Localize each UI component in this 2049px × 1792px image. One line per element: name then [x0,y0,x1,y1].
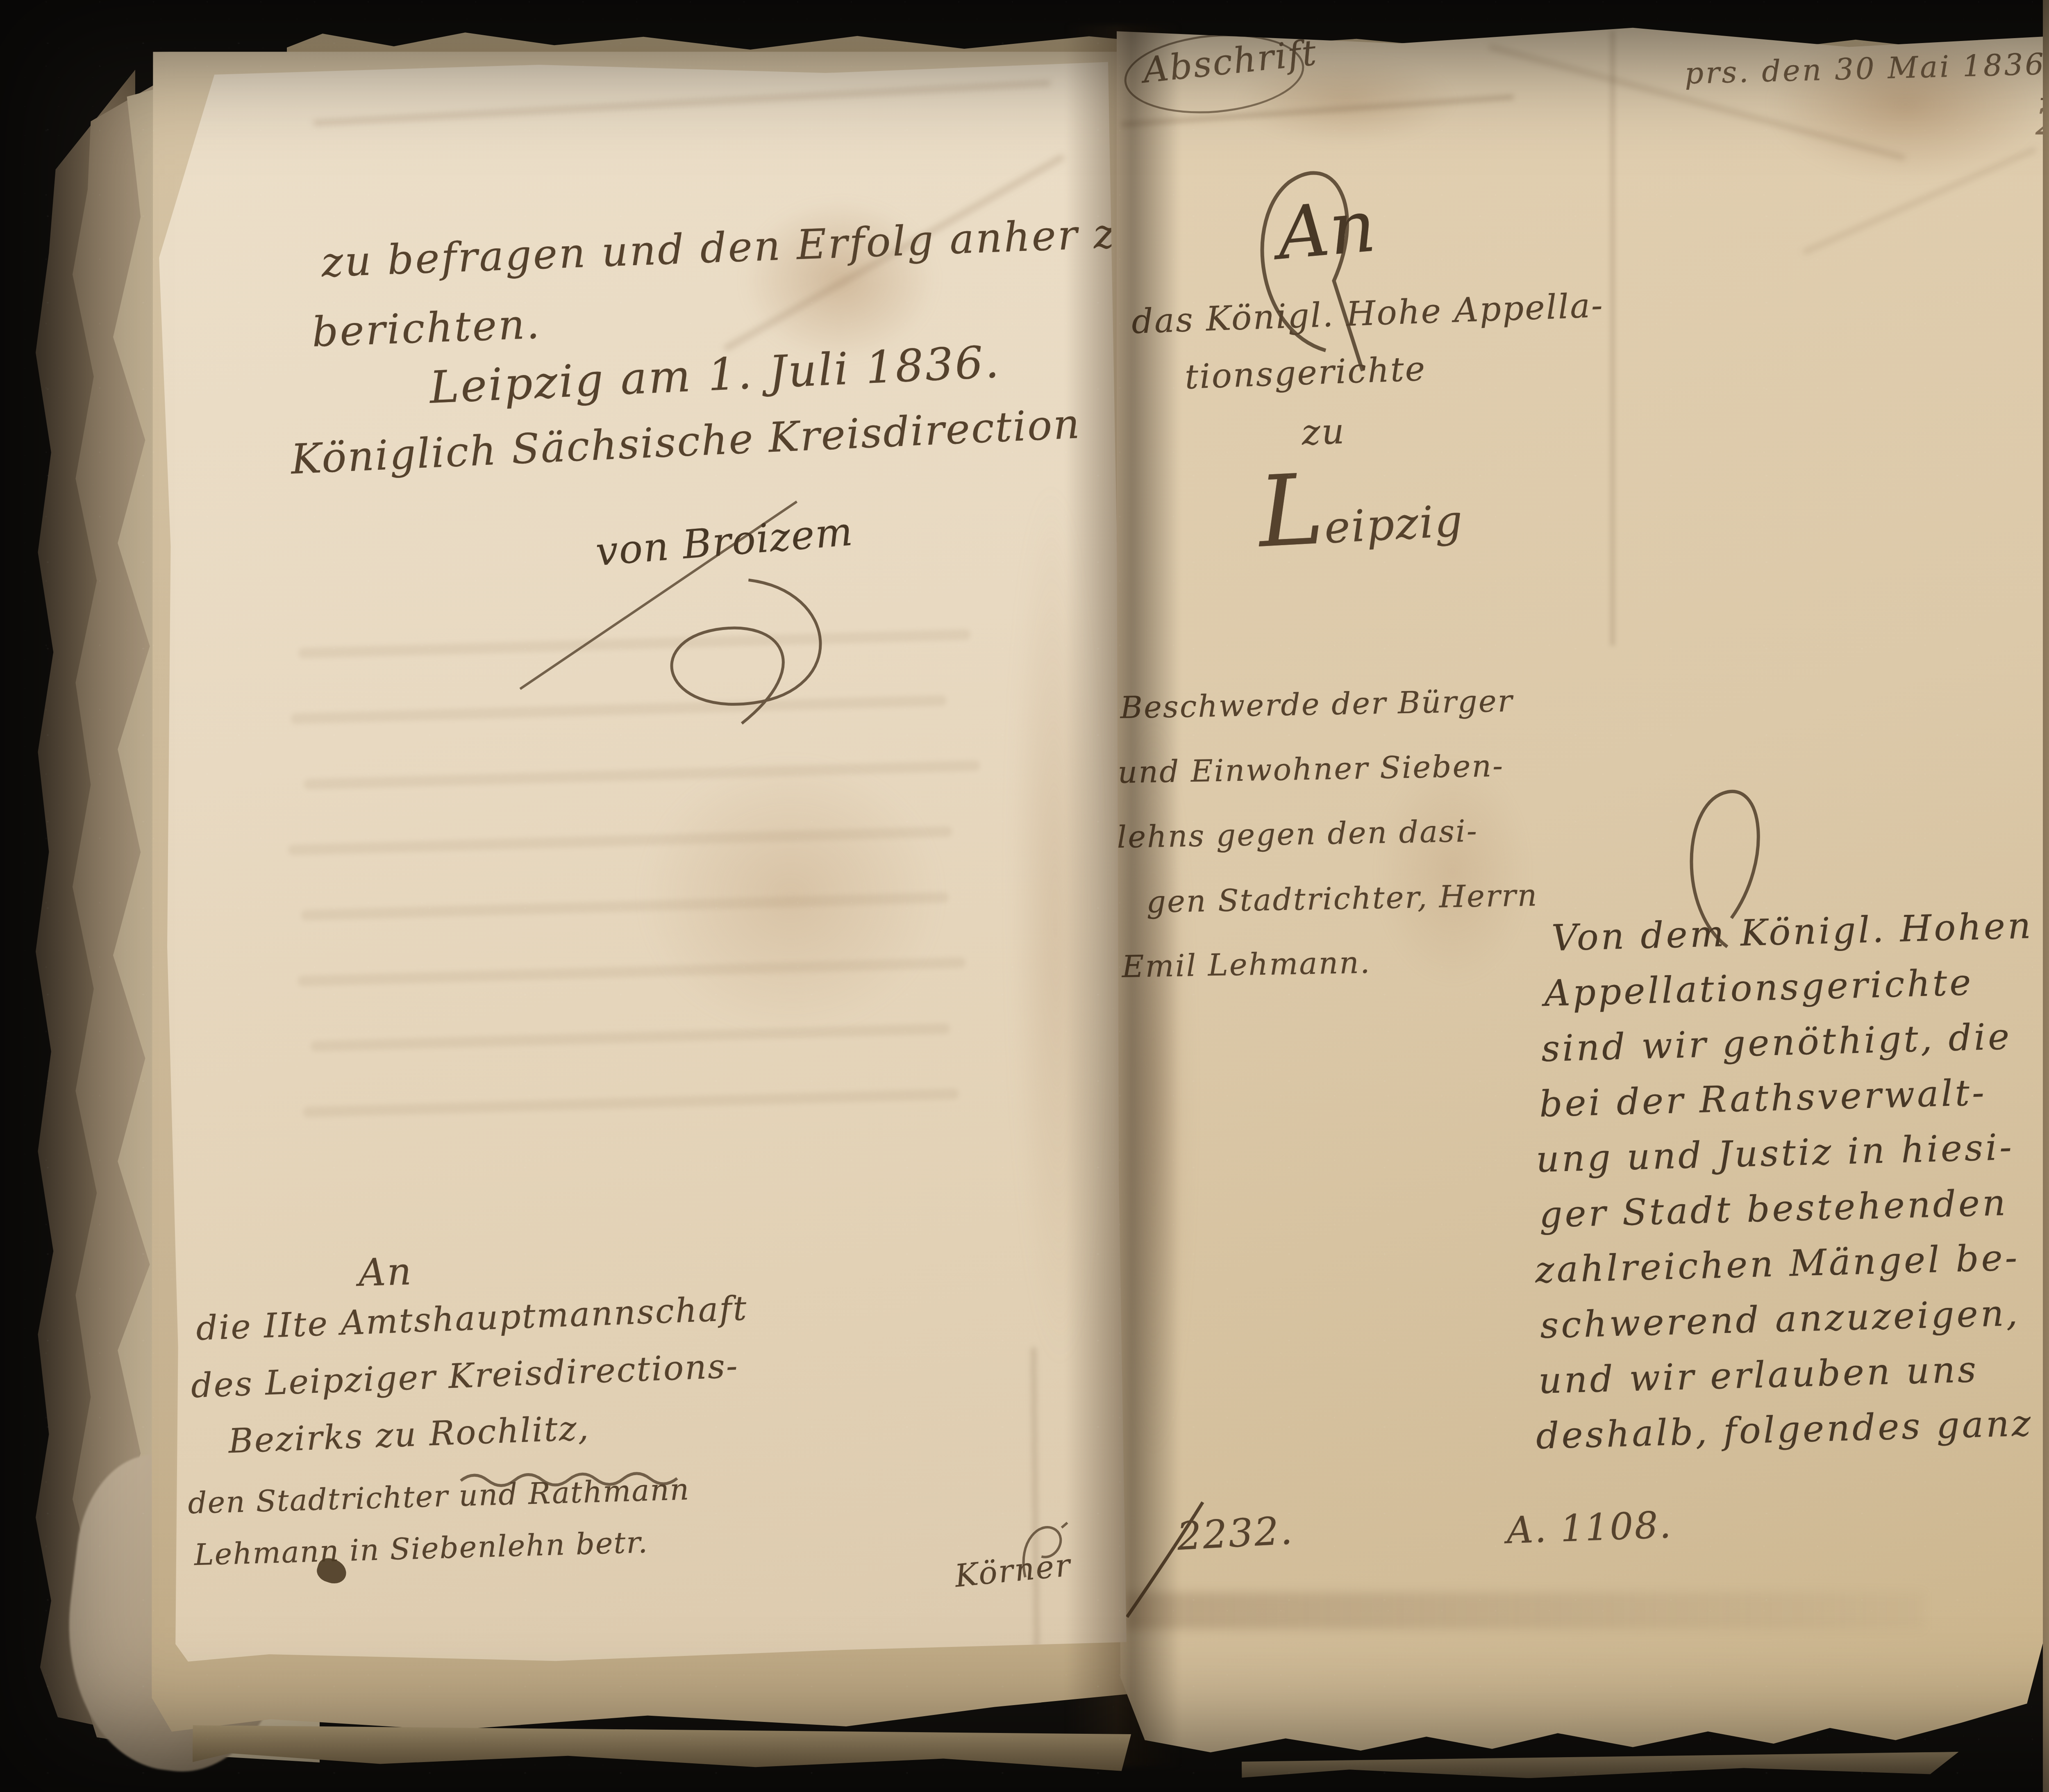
stain-gutter-side [988,310,1123,1541]
vertical-fold [1611,31,1615,646]
case-title-line-3: lehns gegen den dasi- [1117,816,1478,853]
petition-line-2: Appellationsgerichte [1544,964,1974,1012]
presentation-note: prs. den 30 Mai 1836. [1684,49,2049,88]
crease-bottom-vertical [1031,1348,1039,1659]
petition-line-7: zahlreichen Mängel be- [1535,1239,2020,1288]
showthrough-line [304,760,980,790]
showthrough-line [301,892,949,921]
wrinkle-top-3 [1803,148,2037,256]
address-line-5: Leipzig [1256,454,1465,562]
forward-line-4: Bezirks zu Rochlitz, [228,1412,590,1458]
stain-center [573,696,1008,1094]
case-title-line-2: und Einwohner Sieben- [1118,751,1504,788]
address-line-4: zu [1301,414,1346,450]
case-title-line-4: gen Stadtrichter, Herrn [1146,880,1538,917]
petition-line-8: schwerend anzuzeigen, [1540,1295,2020,1344]
clerk-signature: Körner [954,1549,1073,1592]
case-title-line-5: Emil Lehmann. [1122,947,1371,982]
dateline: Leipzig am 1. Juli 1836. [429,340,1002,410]
bottom-shadow-band [1125,1592,1924,1629]
petition-line-9: und wir erlauben uns [1538,1351,1979,1399]
forward-line-2: die IIte Amtshauptmannschaft [195,1292,748,1346]
petition-line-10: deshalb, folgendes ganz [1536,1405,2033,1454]
right-page: Abschrift prs. den 30 Mai 1836. 15. 2 An… [1117,23,2049,1765]
file-number: A. 1108. [1506,1507,1673,1549]
issuer-line: Königlich Sächsische Kreisdirection [290,403,1082,480]
registry-number: 2232. [1176,1512,1295,1556]
address-line-2: das Königl. Hohe Appella- [1131,289,1604,339]
address-line-3: tionsgerichte [1184,352,1427,394]
bottom-edge-sliver-left [193,1725,1131,1771]
stain-top-right [1711,0,2049,211]
showthrough-line [298,957,965,987]
forward-line-3: des Leipziger Kreisdirections- [191,1349,739,1403]
closing-line-2: berichten. [311,304,542,353]
bottom-edge-sliver-right [1242,1752,1959,1781]
case-title-line-1: Beschwerde der Bürger [1120,686,1514,723]
petition-line-3: sind wir genöthigt, die [1541,1019,2012,1067]
showthrough-line [311,1023,950,1052]
petition-line-5: ung und Justiz in hiesi- [1536,1129,2015,1178]
closing-line-1: zu befragen und den Erfolg anher zu [321,212,1145,283]
photo-of-open-archive-volume: Abschrift prs. den 30 Mai 1836. 15. 2 An… [0,0,2049,1792]
right-page-edge-stack-tan [2043,0,2049,1792]
petition-line-1: Von dem Königl. Hohen [1551,907,2034,956]
petition-line-4: bei der Rathsverwalt- [1539,1074,1987,1122]
left-inserted-sheet: zu befragen und den Erfolg anher zu beri… [157,56,1129,1668]
showthrough-line [303,1089,959,1118]
petition-line-6: ger Stadt bestehenden [1539,1185,2008,1233]
subject-line-2: Lehmann in Siebenlehn betr. [194,1527,649,1569]
showthrough-line [288,826,952,855]
subject-line-1: den Stadtrichter und Rathmann [188,1474,690,1518]
crease-top-horizontal [313,81,1050,127]
forward-to: An [358,1253,413,1292]
address-to: An [1274,190,1378,270]
